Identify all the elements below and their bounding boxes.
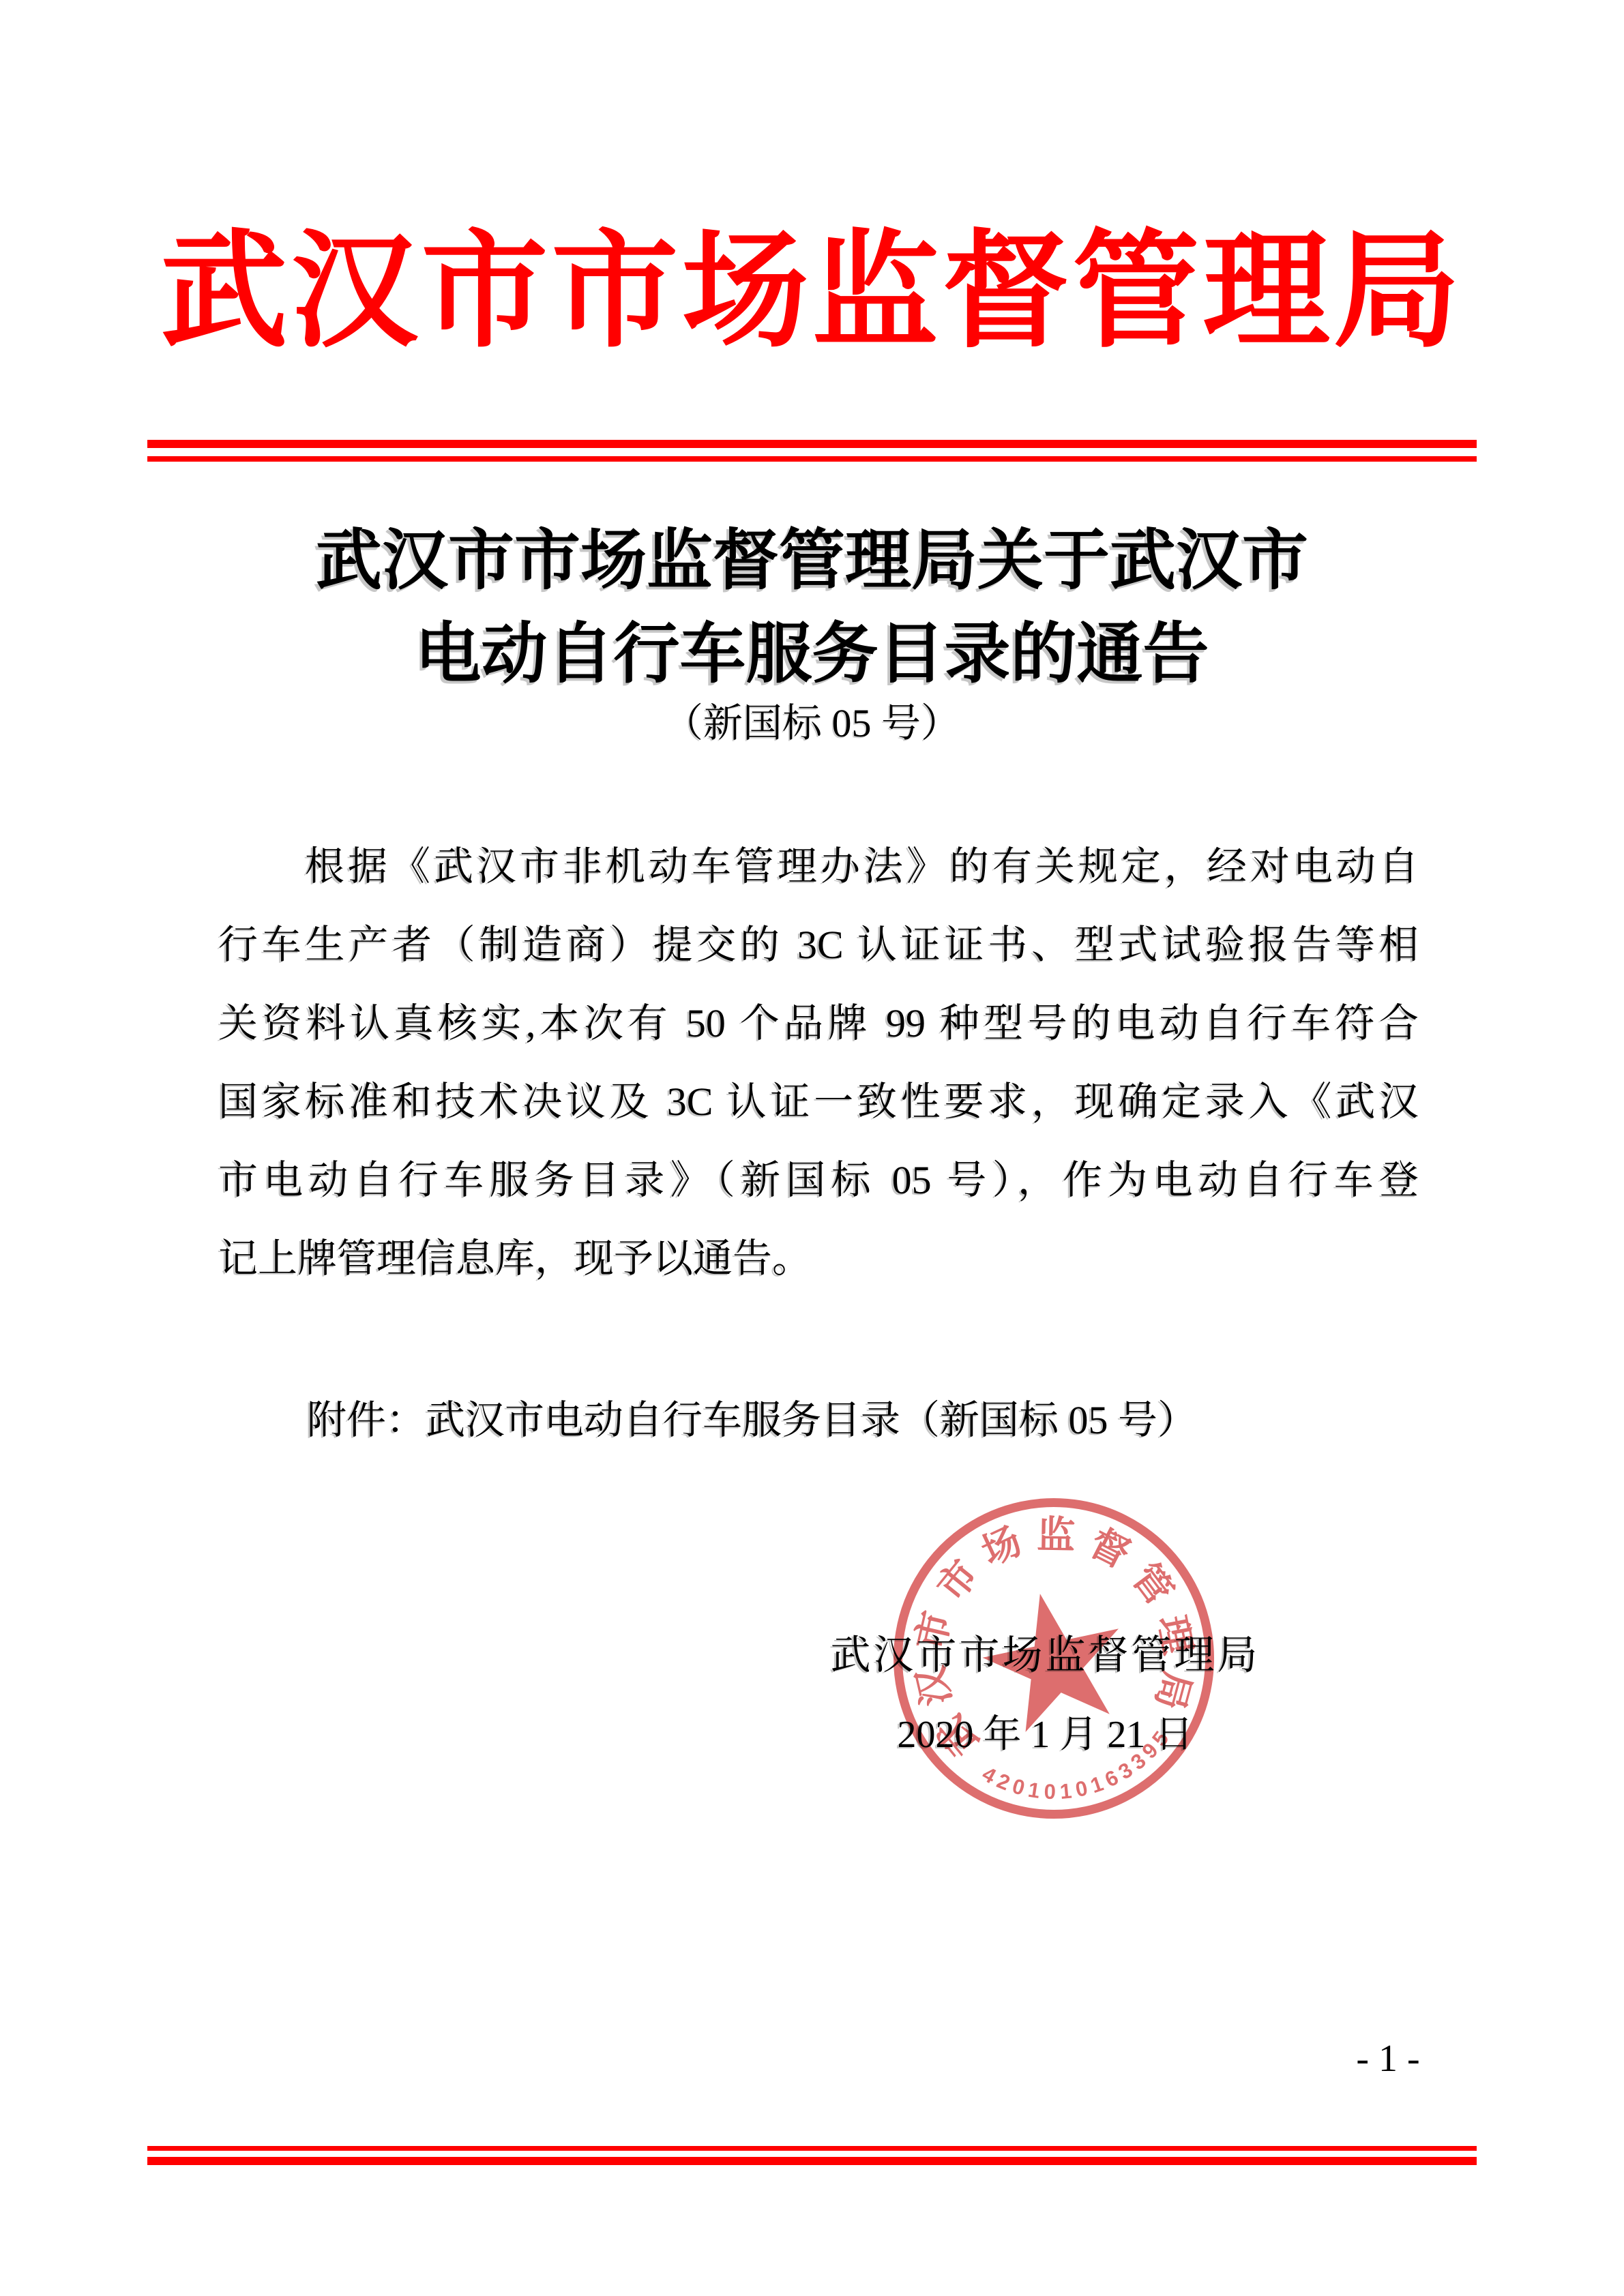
agency-header: 武汉市市场监督管理局 (0, 220, 1624, 366)
signature-date: 2020 年 1 月 21 日 (781, 1713, 1310, 1757)
attachment-line: 附件：武汉市电动自行车服务目录（新国标 05 号） (218, 1392, 1514, 1448)
page-number: - 1 - (1330, 2038, 1446, 2080)
doc-title-line1: 武汉市市场监督管理局关于武汉市 (0, 524, 1624, 599)
seal-serial-digit: 0 (1044, 1780, 1056, 1804)
document-page: 武汉市市场监督管理局 武汉市市场监督管理局关于武汉市 电动自行车服务目录的通告 … (0, 0, 1624, 2296)
seal-serial-digit: 1 (1059, 1779, 1072, 1804)
header-rule-thin (147, 456, 1477, 462)
signature-agency: 武汉市市场监督管理局 (781, 1632, 1310, 1678)
body-line: 记上牌管理信息库，现予以通告。 (218, 1231, 1419, 1287)
footer-rule-thin (147, 2146, 1477, 2151)
body-line: 行车生产者（制造商）提交的 3C 认证证书、型式试验报告等相 (218, 917, 1419, 973)
body-line: 市电动自行车服务目录》（新国标 05 号），作为电动自行车登 (218, 1152, 1419, 1208)
header-rule-thick (147, 440, 1477, 448)
seal-arc-char: 监 (1037, 1505, 1076, 1560)
footer-rule-thick (147, 2157, 1477, 2165)
doc-subtitle: （新国标 05 号） (0, 700, 1624, 747)
doc-title-line2: 电动自行车服务目录的通告 (0, 617, 1624, 692)
body-line: 国家标准和技术决议及 3C 认证一致性要求，现确定录入《武汉 (218, 1074, 1419, 1130)
body-line: 根据《武汉市非机动车管理办法》的有关规定，经对电动自 (218, 839, 1419, 895)
body-line: 关资料认真核实,本次有 50 个品牌 99 种型号的电动自行车符合 (218, 996, 1419, 1052)
